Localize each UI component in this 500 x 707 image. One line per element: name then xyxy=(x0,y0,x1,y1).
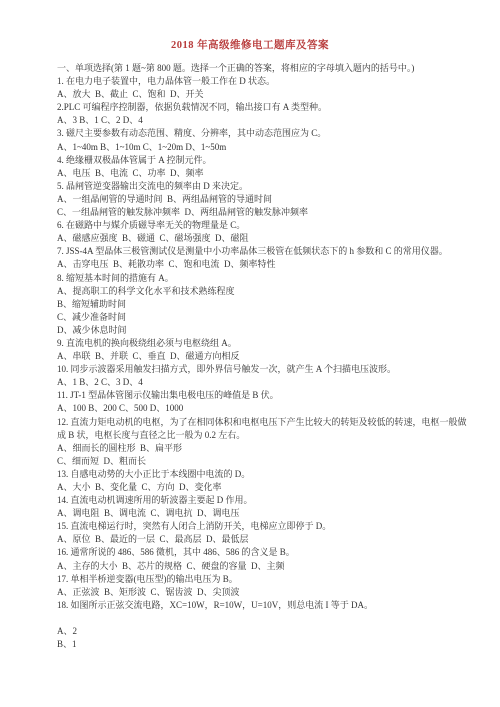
text-line: A、调电阻 B、调电流 C、调电抗 D、调电压 xyxy=(57,507,462,520)
text-line: A、磁感应强度 B、磁通 C、磁场强度 D、磁阻 xyxy=(57,232,462,245)
text-line: 6. 在磁路中与媒介质磁导率无关的物理量是 C。 xyxy=(57,219,462,232)
text-line: 11. JT-1 型晶体管图示仪输出集电极电压的峰值是 B 伏。 xyxy=(57,389,462,402)
text-line: 成 B 状，电枢长度与直径之比一般为 0.2 左右。 xyxy=(57,429,462,442)
text-line: 13. 自感电动势的大小正比于本线圈中电流的 D。 xyxy=(57,468,462,481)
text-line: C、一组晶闸管的触发脉冲频率 D、两组晶闸管的触发脉冲频率 xyxy=(57,206,462,219)
question-list: 1. 在电力电子装置中，电力晶体管一般工作在 D 状态。A、放大 B、截止 C、… xyxy=(57,75,462,651)
text-line: A、1 B、2 C、3 D、4 xyxy=(57,376,462,389)
text-line: 3. 磁尺主要参数有动态范围、精度、分辨率，其中动态范围应为 C。 xyxy=(57,127,462,140)
text-line xyxy=(57,612,462,625)
text-line: A、提高职工的科学文化水平和技术熟练程度 xyxy=(57,285,462,298)
text-line: C、减少准备时间 xyxy=(57,311,462,324)
text-line: A、2 xyxy=(57,625,462,638)
text-line: A、击穿电压 B、耗散功率 C、饱和电流 D、频率特性 xyxy=(57,258,462,271)
text-line: A、电压 B、电流 C、功率 D、频率 xyxy=(57,167,462,180)
text-line: B、1 xyxy=(57,638,462,651)
text-line: 9. 直流电机的换向极绕组必须与电枢绕组 A。 xyxy=(57,337,462,350)
document-page: 2018 年高级维修电工题库及答案 一、单项选择(第 1 题~第 800 题。选… xyxy=(0,0,500,707)
document-title: 2018 年高级维修电工题库及答案 xyxy=(0,39,500,53)
text-line: A、100 B、200 C、500 D、1000 xyxy=(57,402,462,415)
text-line: A、放大 B、截止 C、饱和 D、开关 xyxy=(57,88,462,101)
text-line: A、3 B、1 C、2 D、4 xyxy=(57,114,462,127)
text-line: 12. 直流力矩电动机的电枢，为了在相同体积和电枢电压下产生比较大的转矩及较低的… xyxy=(57,416,462,429)
text-line: 2.PLC 可编程序控制器，依据负载情况不同，输出接口有 A 类型种。 xyxy=(57,101,462,114)
text-line: 7. JSS-4A 型晶体三极管测试仪是测量中小功率晶体三极管在低频状态下的 h… xyxy=(57,245,462,258)
text-line: A、主存的大小 B、芯片的规格 C、硬盘的容量 D、主频 xyxy=(57,560,462,573)
text-line: 5. 晶闸管逆变器输出交流电的频率由 D 来决定。 xyxy=(57,180,462,193)
text-line: B、缩短辅助时间 xyxy=(57,298,462,311)
text-line: 16. 通常所说的 486、586 微机，其中 486、586 的含义是 B。 xyxy=(57,546,462,559)
section-heading: 一、单项选择(第 1 题~第 800 题。选择一个正确的答案，将相应的字母填入题… xyxy=(57,62,462,75)
text-line: 15. 直流电梯运行时，突然有人闭合上消防开关，电梯应立即停于 D。 xyxy=(57,520,462,533)
text-line: 8. 缩短基本时间的措施有 A。 xyxy=(57,272,462,285)
text-line: 10. 同步示波器采用触发扫描方式，即外界信号触发一次，就产生 A 个扫描电压波… xyxy=(57,363,462,376)
text-line: 18. 如图所示正弦交流电路，XC=10W，R=10W，U=10V，则总电流 I… xyxy=(57,599,462,612)
text-line: A、原位 B、最近的一层 C、最高层 D、最低层 xyxy=(57,533,462,546)
text-line: D、减少休息时间 xyxy=(57,324,462,337)
text-line: 1. 在电力电子装置中，电力晶体管一般工作在 D 状态。 xyxy=(57,75,462,88)
text-line: 14. 直流电动机调速所用的斩波器主要起 D 作用。 xyxy=(57,494,462,507)
text-line: A、大小 B、变化量 C、方向 D、变化率 xyxy=(57,481,462,494)
text-line: 4. 绝缘栅双极晶体管属于 A 控制元件。 xyxy=(57,154,462,167)
text-line: A、正弦波 B、矩形波 C、锯齿波 D、尖顶波 xyxy=(57,586,462,599)
text-line: A、细而长的圆柱形 B、扁平形 xyxy=(57,442,462,455)
text-line: A、串联 B、并联 C、垂直 D、磁通方向相反 xyxy=(57,350,462,363)
text-line: A、一组晶闸管的导通时间 B、两组晶闸管的导通时间 xyxy=(57,193,462,206)
text-line: A、1~40m B、1~10m C、1~20m D、1~50m xyxy=(57,141,462,154)
text-line: 17. 单相半桥逆变器(电压型)的输出电压为 B。 xyxy=(57,573,462,586)
text-line: C、细而短 D、粗而长 xyxy=(57,455,462,468)
